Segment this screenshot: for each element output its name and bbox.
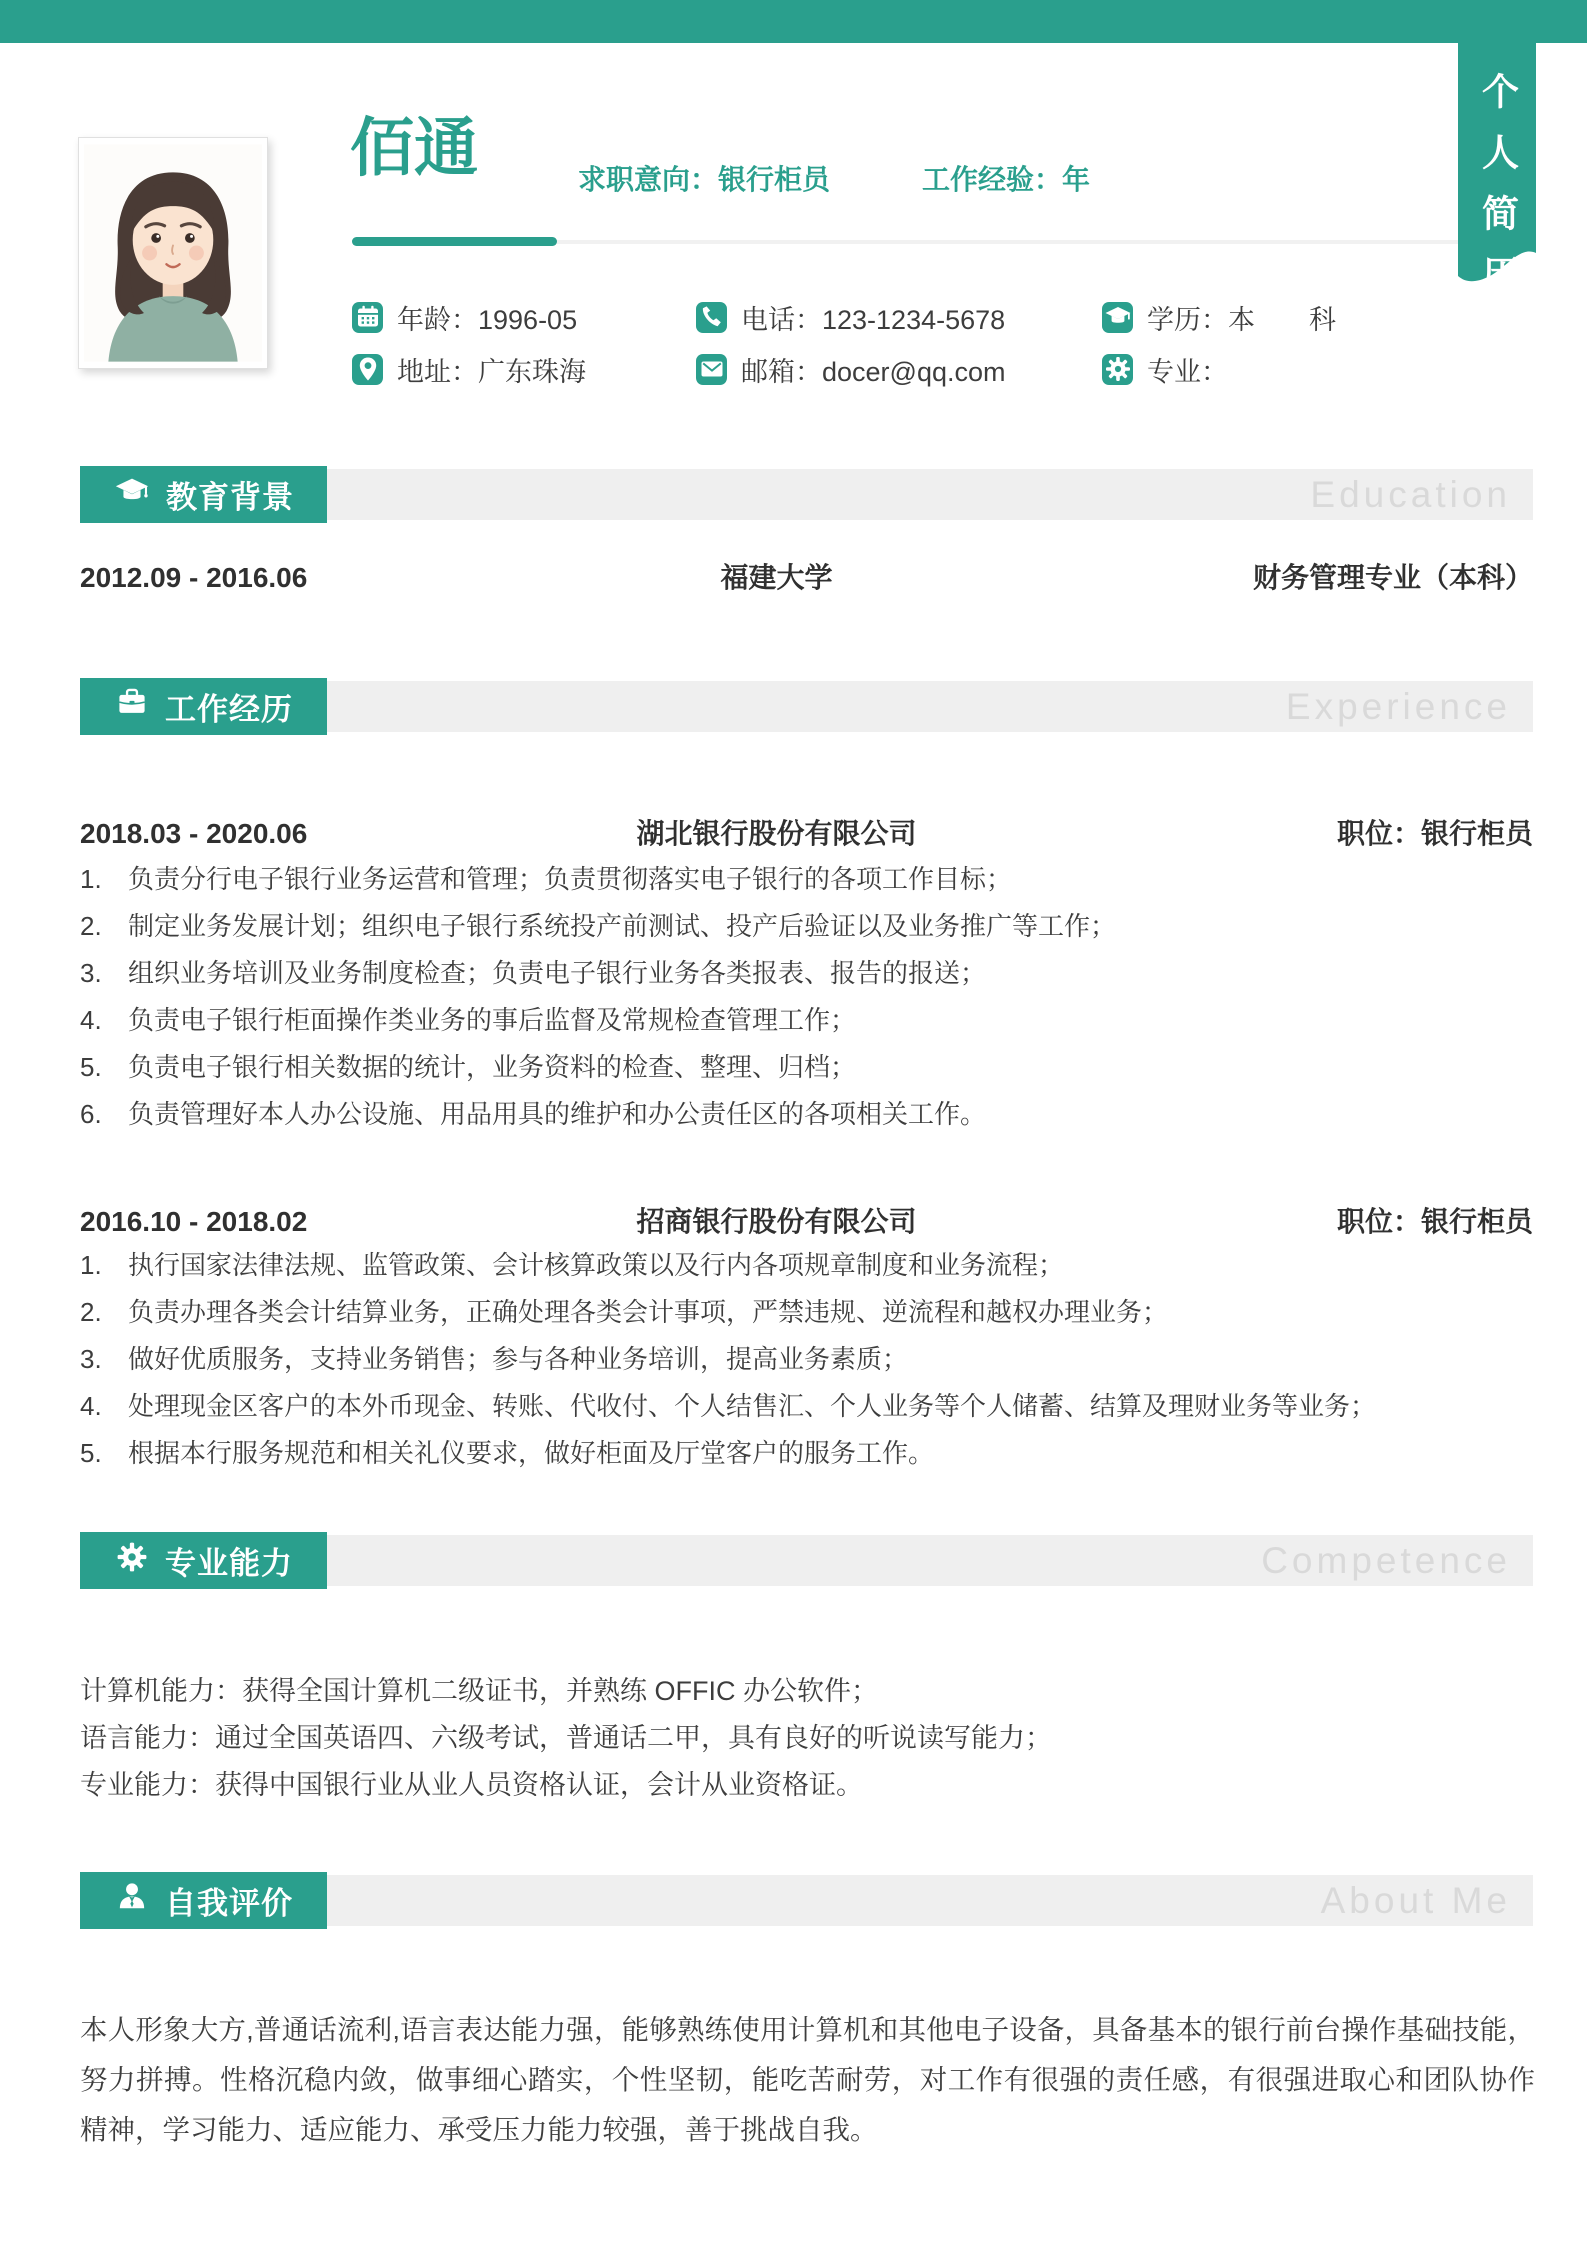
- duty-item: 负责分行电子银行业务运营和管理；负责贯彻落实电子银行的各项工作目标；: [80, 856, 1533, 903]
- resume-ribbon: 个人简历: [1458, 0, 1536, 320]
- contact-address: 地址：广东珠海: [352, 352, 586, 386]
- duty-item: 负责电子银行柜面操作类业务的事后监督及常规检查管理工作；: [80, 997, 1533, 1044]
- education-row: 2012.09 - 2016.06 福建大学 财务管理专业（本科）: [80, 556, 1533, 596]
- section-education: 教育背景 Education: [80, 466, 1533, 523]
- duty-item: 执行国家法律法规、监管政策、会计核算政策以及行内各项规章制度和业务流程；: [80, 1242, 1533, 1289]
- section-title-box: 工作经历: [80, 678, 327, 735]
- section-title: 专业能力: [165, 1538, 293, 1583]
- section-title: 自我评价: [165, 1878, 293, 1923]
- section-competence: 专业能力 Competence: [80, 1532, 1533, 1589]
- education-major: 财务管理专业（本科）: [1133, 556, 1533, 596]
- job-position: 职位：银行柜员: [1133, 812, 1533, 852]
- contact-email-text: 邮箱：docer@qq.com: [741, 350, 1006, 389]
- profile-photo: [78, 137, 268, 369]
- job-period: 2016.10 - 2018.02: [80, 1206, 420, 1238]
- section-title-box: 教育背景: [80, 466, 327, 523]
- duty-item: 处理现金区客户的本外币现金、转账、代收付、个人结售汇、个人业务等个人储蓄、结算及…: [80, 1383, 1533, 1430]
- duty-item: 组织业务培训及业务制度检查；负责电子银行业务各类报表、报告的报送；: [80, 950, 1533, 997]
- contact-degree-text: 学历：本 科: [1147, 298, 1336, 337]
- about-paragraph: 本人形象大方,普通话流利,语言表达能力强，能够熟练使用计算机和其他电子设备，具备…: [80, 2005, 1535, 2155]
- education-period: 2012.09 - 2016.06: [80, 562, 420, 594]
- job-duties: 负责分行电子银行业务运营和管理；负责贯彻落实电子银行的各项工作目标； 制定业务发…: [80, 856, 1533, 1138]
- contact-address-text: 地址：广东珠海: [397, 350, 586, 389]
- duty-item: 负责管理好本人办公设施、用品用具的维护和办公责任区的各项相关工作。: [80, 1091, 1533, 1138]
- job-period: 2018.03 - 2020.06: [80, 818, 420, 850]
- section-title: 工作经历: [165, 684, 293, 729]
- contact-phone: 电话：123-1234-5678: [696, 300, 1005, 334]
- section-title-box: 专业能力: [80, 1532, 327, 1589]
- job-intent: 求职意向：银行柜员: [578, 158, 830, 198]
- section-about: 自我评价 About Me: [80, 1872, 1533, 1929]
- competence-list: 计算机能力：获得全国计算机二级证书，并熟练 OFFIC 办公软件； 语言能力：通…: [80, 1668, 1533, 1809]
- competence-item: 专业能力：获得中国银行业从业人员资格认证，会计从业资格证。: [80, 1762, 1533, 1809]
- duty-item: 制定业务发展计划；组织电子银行系统投产前测试、投产后验证以及业务推广等工作；: [80, 903, 1533, 950]
- section-title: 教育背景: [166, 472, 294, 517]
- resume-page: { "theme": { "teal": "#2a9f8d", "section…: [0, 0, 1587, 2245]
- section-title-en: Competence: [1261, 1535, 1511, 1586]
- duty-item: 负责办理各类会计结算业务，正确处理各类会计事项，严禁违规、逆流程和越权办理业务；: [80, 1289, 1533, 1336]
- contact-email: 邮箱：docer@qq.com: [696, 352, 1006, 386]
- calendar-icon: [352, 302, 383, 333]
- job-position: 职位：银行柜员: [1133, 1200, 1533, 1240]
- competence-item: 计算机能力：获得全国计算机二级证书，并熟练 OFFIC 办公软件；: [80, 1668, 1533, 1715]
- section-title-en: Experience: [1286, 681, 1511, 732]
- section-title-box: 自我评价: [80, 1872, 327, 1929]
- contact-age: 年龄：1996-05: [352, 300, 577, 334]
- gear-icon: [114, 1539, 150, 1583]
- ribbon-title: 个人简历: [1479, 72, 1516, 316]
- contact-degree: 学历：本 科: [1102, 300, 1336, 334]
- mail-icon: [696, 354, 727, 385]
- job-company: 湖北银行股份有限公司: [420, 812, 1133, 852]
- contact-age-text: 年龄：1996-05: [397, 298, 577, 337]
- contact-major: 专业：: [1102, 352, 1228, 386]
- work-years: 工作经验：年: [922, 158, 1090, 198]
- job-header: 2018.03 - 2020.06 湖北银行股份有限公司 职位：银行柜员: [80, 812, 1533, 852]
- competence-item: 语言能力：通过全国英语四、六级考试，普通话二甲，具有良好的听说读写能力；: [80, 1715, 1533, 1762]
- duty-item: 做好优质服务，支持业务销售；参与各种业务培训，提高业务素质；: [80, 1336, 1533, 1383]
- graduation-cap-icon: [113, 472, 151, 518]
- degree-icon: [1102, 302, 1133, 333]
- job-company: 招商银行股份有限公司: [420, 1200, 1133, 1240]
- job-header: 2016.10 - 2018.02 招商银行股份有限公司 职位：银行柜员: [80, 1200, 1533, 1240]
- section-title-en: Education: [1310, 469, 1511, 520]
- candidate-name: 佰通: [350, 108, 478, 188]
- briefcase-icon: [114, 685, 150, 729]
- person-icon: [114, 1879, 150, 1923]
- section-experience: 工作经历 Experience: [80, 678, 1533, 735]
- duty-item: 根据本行服务规范和相关礼仪要求，做好柜面及厅堂客户的服务工作。: [80, 1430, 1533, 1477]
- major-gear-icon: [1102, 354, 1133, 385]
- avatar-illustration: [84, 143, 262, 363]
- top-accent-bar: [0, 0, 1587, 43]
- contact-major-text: 专业：: [1147, 350, 1228, 389]
- section-title-en: About Me: [1321, 1875, 1511, 1926]
- location-icon: [352, 354, 383, 385]
- contact-phone-text: 电话：123-1234-5678: [741, 298, 1005, 337]
- phone-icon: [696, 302, 727, 333]
- header-divider-accent: [352, 237, 557, 246]
- education-school: 福建大学: [420, 556, 1133, 596]
- job-duties: 执行国家法律法规、监管政策、会计核算政策以及行内各项规章制度和业务流程； 负责办…: [80, 1242, 1533, 1477]
- duty-item: 负责电子银行相关数据的统计，业务资料的检查、整理、归档；: [80, 1044, 1533, 1091]
